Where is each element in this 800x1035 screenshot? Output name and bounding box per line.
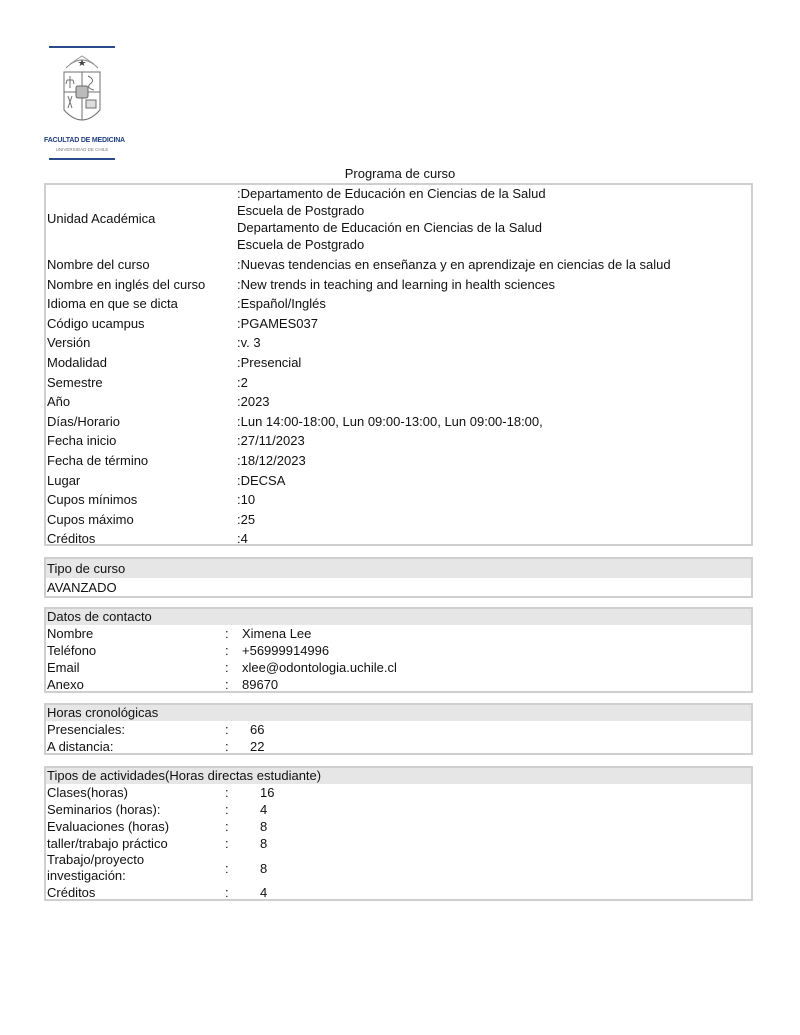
contact-rows: Nombre:Ximena LeeTeléfono:+56999914996Em…	[46, 625, 751, 693]
row-separator: :	[225, 625, 229, 642]
field-value: :Lun 14:00-18:00, Lun 09:00-13:00, Lun 0…	[237, 412, 543, 432]
row-separator: :	[225, 860, 229, 877]
row-separator: :	[225, 784, 229, 801]
course-type-heading: Tipo de curso	[46, 559, 751, 578]
row-separator: :	[225, 659, 229, 676]
info-row: Trabajo/proyectoinvestigación::8	[46, 852, 751, 884]
field-value: :4	[237, 529, 248, 549]
logo-top-rule	[49, 46, 115, 48]
info-row: Evaluaciones (horas):8	[46, 818, 751, 835]
row-label: Teléfono	[47, 642, 96, 659]
info-row: Presenciales::66	[46, 721, 751, 738]
field-label: Código ucampus	[47, 314, 145, 334]
row-separator: :	[225, 818, 229, 835]
row-value: 4	[260, 884, 267, 901]
contact-heading: Datos de contacto	[46, 609, 751, 625]
row-label: Presenciales:	[47, 721, 125, 738]
field-label: Cupos mínimos	[47, 490, 137, 510]
document-title: Programa de curso	[0, 166, 800, 181]
field-value: :PGAMES037	[237, 314, 318, 334]
field-value: :2	[237, 373, 248, 393]
field-value: :18/12/2023	[237, 451, 306, 471]
row-value: 8	[260, 835, 267, 852]
field-value: :Nuevas tendencias en enseñanza y en apr…	[237, 255, 671, 275]
field-value: :Español/Inglés	[237, 294, 326, 314]
row-value: 89670	[242, 676, 278, 693]
info-row: Clases(horas):16	[46, 784, 751, 801]
field-value: :New trends in teaching and learning in …	[237, 275, 555, 295]
row-value: 66	[250, 721, 264, 738]
field-label: Nombre en inglés del curso	[47, 275, 205, 295]
field-label: Semestre	[47, 373, 103, 393]
unidad-academica-line: Escuela de Postgrado	[237, 202, 364, 219]
field-label: Créditos	[47, 529, 95, 549]
info-row: Seminarios (horas)::4	[46, 801, 751, 818]
field-label: Fecha inicio	[47, 431, 116, 451]
unidad-academica-line: Escuela de Postgrado	[237, 236, 364, 253]
row-label: Créditos	[47, 884, 95, 901]
activities-section: Tipos de actividades(Horas directas estu…	[44, 766, 753, 901]
field-label: Lugar	[47, 471, 80, 491]
row-value: 4	[260, 801, 267, 818]
row-label: Trabajo/proyectoinvestigación:	[47, 852, 144, 884]
row-separator: :	[225, 721, 229, 738]
field-label: Año	[47, 392, 70, 412]
row-label: Email	[47, 659, 80, 676]
row-separator: :	[225, 801, 229, 818]
logo-bottom-rule	[49, 158, 115, 160]
faculty-name: FACULTAD DE MEDICINA	[44, 137, 120, 144]
activities-rows: Clases(horas):16Seminarios (horas)::4Eva…	[46, 784, 751, 901]
info-row: Teléfono:+56999914996	[46, 642, 751, 659]
field-label: Modalidad	[47, 353, 107, 373]
hours-section: Horas cronológicas Presenciales::66A dis…	[44, 703, 753, 755]
row-value: Ximena Lee	[242, 625, 311, 642]
info-row: Nombre:Ximena Lee	[46, 625, 751, 642]
field-value: :Presencial	[237, 353, 301, 373]
row-label: A distancia:	[47, 738, 114, 755]
course-info-table: Unidad Académica :Departamento de Educac…	[44, 183, 753, 546]
row-label: Anexo	[47, 676, 84, 693]
row-label: Clases(horas)	[47, 784, 128, 801]
row-label: Seminarios (horas):	[47, 801, 160, 818]
hours-heading: Horas cronológicas	[46, 705, 751, 721]
info-row: Anexo:89670	[46, 676, 751, 693]
contact-section: Datos de contacto Nombre:Ximena LeeTeléf…	[44, 607, 753, 693]
field-label: Fecha de término	[47, 451, 148, 471]
field-label: Versión	[47, 333, 90, 353]
row-separator: :	[225, 738, 229, 755]
field-label: Nombre del curso	[47, 255, 150, 275]
info-row: A distancia::22	[46, 738, 751, 755]
field-value: :27/11/2023	[237, 431, 305, 451]
row-label: Evaluaciones (horas)	[47, 818, 169, 835]
row-separator: :	[225, 642, 229, 659]
unidad-academica-line: Departamento de Educación en Ciencias de…	[237, 219, 542, 236]
university-crest-icon	[58, 54, 106, 134]
row-separator: :	[225, 676, 229, 693]
info-row: Créditos:4	[46, 884, 751, 901]
row-value: +56999914996	[242, 642, 329, 659]
field-value: :DECSA	[237, 471, 285, 491]
info-row: taller/trabajo práctico:8	[46, 835, 751, 852]
row-value: 8	[260, 860, 267, 877]
row-value: 16	[260, 784, 274, 801]
row-value: 22	[250, 738, 264, 755]
field-label: Idioma en que se dicta	[47, 294, 178, 314]
course-type-value: AVANZADO	[46, 578, 751, 597]
field-label: Cupos máximo	[47, 510, 134, 530]
university-name: UNIVERSIDAD DE CHILE	[44, 147, 120, 152]
hours-rows: Presenciales::66A distancia::22	[46, 721, 751, 755]
row-value: 8	[260, 818, 267, 835]
field-value: :v. 3	[237, 333, 261, 353]
field-value: :2023	[237, 392, 270, 412]
row-label: Nombre	[47, 625, 93, 642]
row-separator: :	[225, 884, 229, 901]
field-value: :25	[237, 510, 255, 530]
row-label: taller/trabajo práctico	[47, 835, 168, 852]
unidad-academica-line: :Departamento de Educación en Ciencias d…	[237, 185, 546, 202]
row-separator: :	[225, 835, 229, 852]
row-label-line: investigación:	[47, 868, 144, 884]
course-type-section: Tipo de curso AVANZADO	[44, 557, 753, 598]
faculty-logo: FACULTAD DE MEDICINA UNIVERSIDAD DE CHIL…	[44, 46, 118, 162]
row-label-line: Trabajo/proyecto	[47, 852, 144, 868]
field-label: Días/Horario	[47, 412, 120, 432]
unidad-academica-label: Unidad Académica	[47, 209, 155, 229]
row-value: xlee@odontologia.uchile.cl	[242, 659, 397, 676]
activities-heading: Tipos de actividades(Horas directas estu…	[46, 768, 751, 784]
field-value: :10	[237, 490, 255, 510]
info-row: Email:xlee@odontologia.uchile.cl	[46, 659, 751, 676]
